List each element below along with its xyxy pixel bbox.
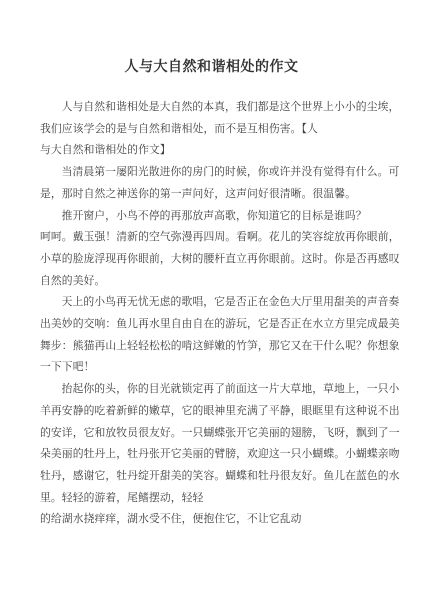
text-line: 牡丹，感谢它，牡丹绽开甜美的笑容。蝴蝶和牡丹很友好。鱼儿在蓝色的水 [40, 466, 395, 488]
text-line: 舞步：熊猫再山上轻轻松松的啃这鲜嫩的竹笋，那它又在干什么呢？你想象 [40, 336, 395, 358]
text-line: 一下下吧！ [40, 357, 395, 379]
text-line: 羊再安静的吃着新鲜的嫩草，它的眼神里充满了平静，眼眶里有这种说不出 [40, 401, 395, 423]
text-line: 推开窗户，小鸟不停的再那放声高歌，你知道它的目标是谁吗？ [40, 206, 395, 228]
document-title: 人与大自然和谐相处的作文 [0, 0, 423, 78]
text-line: 我们应该学会的是与自然和谐相处，而不是互相伤害。【人 [40, 119, 395, 141]
paragraph: 人与自然和谐相处是大自然的本真，我们都是这个世界上小小的尘埃， 我们应该学会的是… [40, 97, 395, 162]
text-line: 天上的小鸟再无忧无虑的歌唱，它是否正在金色大厅里用甜美的声音奏 [40, 292, 395, 314]
text-line: 抬起你的头，你的目光就锁定再了前面这一片大草地，草地上，一只小 [40, 379, 395, 401]
paragraph: 当清晨第一屡阳光散进你的房门的时候，你或许并没有觉得有什么。可 是，那时自然之神… [40, 162, 395, 205]
text-line: 的给湖水挠痒痒，湖水受不住，便抱住它，不让它乱动 [40, 509, 395, 531]
text-line: 是，那时自然之神送你的第一声问好，这声问好很清晰。很温馨。 [40, 184, 395, 206]
text-line: 呵呵。戴玉强！清新的空气弥漫再四周。看啊。花儿的笑容绽放再你眼前， [40, 227, 395, 249]
paragraph: 天上的小鸟再无忧无虑的歌唱，它是否正在金色大厅里用甜美的声音奏 出美妙的交响：鱼… [40, 292, 395, 379]
text-line: 人与自然和谐相处是大自然的本真，我们都是这个世界上小小的尘埃， [40, 97, 395, 119]
text-line: 自然的美好。 [40, 271, 395, 293]
text-line: 里。轻轻的游着，尾鳍摆动，轻轻 [40, 488, 395, 510]
paragraph: 推开窗户，小鸟不停的再那放声高歌，你知道它的目标是谁吗？ 呵呵。戴玉强！清新的空… [40, 206, 395, 293]
text-line: 与大自然和谐相处的作文】 [40, 140, 395, 162]
paragraph: 抬起你的头，你的目光就锁定再了前面这一片大草地，草地上，一只小 羊再安静的吃着新… [40, 379, 395, 531]
document-page: 人与大自然和谐相处的作文 人与自然和谐相处是大自然的本真，我们都是这个世界上小小… [0, 0, 423, 600]
document-body: 人与自然和谐相处是大自然的本真，我们都是这个世界上小小的尘埃， 我们应该学会的是… [0, 97, 423, 531]
text-line: 当清晨第一屡阳光散进你的房门的时候，你或许并没有觉得有什么。可 [40, 162, 395, 184]
text-line: 朵美丽的牡丹上，牡丹张开它美丽的臂膀，欢迎这一只小蝴蝶。小蝴蝶亲吻 [40, 444, 395, 466]
text-line: 的安详，它和放牧员很友好。一只蝴蝶张开它美丽的翅膀，飞呀，飘到了一 [40, 423, 395, 445]
text-line: 小草的脸庞浮现再你眼前，大树的腰杆直立再你眼前。这时。你是否再感叹 [40, 249, 395, 271]
text-line: 出美妙的交响：鱼儿再水里自由自在的游玩，它是否正在水立方里完成最美 [40, 314, 395, 336]
